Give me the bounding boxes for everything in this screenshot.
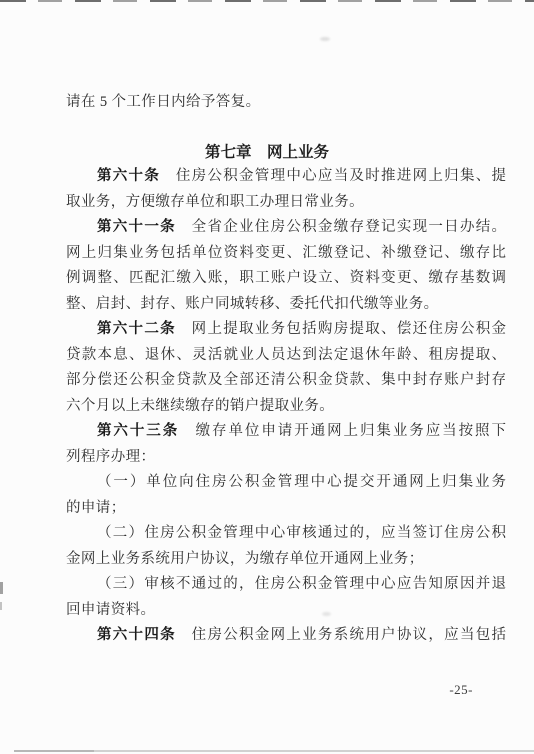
document-line: 回申请资料。 — [66, 598, 506, 624]
scan-smudge — [322, 612, 331, 616]
paragraph-continuation-line: 请在 5 个工作日内给予答复。 — [66, 91, 506, 113]
document-line: 金网上业务系统用户协议，为缴存单位开通网上业务； — [66, 547, 506, 573]
scanned-document-page: 请在 5 个工作日内给予答复。 第七章 网上业务 第六十条 住房公积金管理中心应… — [0, 0, 534, 754]
document-line: 列程序办理： — [66, 445, 506, 471]
line-text: 金网上业务系统用户协议，为缴存单位开通网上业务； — [66, 551, 424, 567]
document-line: 贷款本息、退休、灵活就业人员达到法定退休年龄、租房提取、 — [66, 343, 506, 369]
document-line: 例调整、匹配汇缴入账，职工账户设立、资料变更、缴存基数调 — [66, 266, 506, 292]
scan-smudge — [320, 37, 330, 41]
document-line: 第六十一条 全省企业住房公积金缴存登记实现一日办结。 — [66, 215, 506, 241]
line-text: （二）住房公积金管理中心审核通过的，应当签订住房公积 — [97, 525, 506, 541]
line-text: 住房公积金管理中心应当及时推进网上归集、提 — [160, 168, 506, 184]
line-text: （三）审核不通过的，住房公积金管理中心应告知原因并退 — [97, 576, 506, 592]
document-line: 整、启封、封存、账户同城转移、委托代扣代缴等业务。 — [66, 292, 506, 318]
document-line: 第六十四条 住房公积金网上业务系统用户协议，应当包括 — [66, 623, 506, 649]
line-text: 例调整、匹配汇缴入账，职工账户设立、资料变更、缴存基数调 — [66, 270, 506, 286]
scan-artifact-top-edge — [0, 0, 534, 2]
line-text: 整、启封、封存、账户同城转移、委托代扣代缴等业务。 — [66, 296, 439, 312]
line-text: 全省企业住房公积金缴存登记实现一日办结。 — [176, 219, 506, 235]
line-text: （一）单位向住房公积金管理中心提交开通网上归集业务 — [97, 474, 506, 490]
line-text: 贷款本息、退休、灵活就业人员达到法定退休年龄、租房提取、 — [66, 347, 506, 363]
line-text: 住房公积金网上业务系统用户协议，应当包括 — [176, 627, 506, 643]
page-number: -25- — [0, 682, 473, 698]
line-text: 回申请资料。 — [66, 602, 155, 618]
line-text: 部分偿还公积金贷款及全部还清公积金贷款、集中封存账户封存 — [66, 372, 506, 388]
document-line: 网上归集业务包括单位资料变更、汇缴登记、补缴登记、缴存比 — [66, 241, 506, 267]
line-text: 六个月以上未继续缴存的销户提取业务。 — [66, 398, 334, 414]
line-text: 缴存单位申请开通网上归集业务应当按照下 — [179, 423, 506, 439]
document-line: （二）住房公积金管理中心审核通过的，应当签订住房公积 — [66, 521, 506, 547]
article-number: 第六十条 — [97, 168, 160, 184]
article-number: 第六十四条 — [97, 627, 176, 643]
document-line: 的申请； — [66, 496, 506, 522]
document-line: 第六十二条 网上提取业务包括购房提取、偿还住房公积金 — [66, 317, 506, 343]
line-text: 的申请； — [66, 500, 126, 516]
scan-artifact-left-edge — [0, 602, 2, 610]
line-text: 列程序办理： — [66, 449, 155, 465]
document-line: 第六十三条 缴存单位申请开通网上归集业务应当按照下 — [66, 419, 506, 445]
line-text: 网上归集业务包括单位资料变更、汇缴登记、补缴登记、缴存比 — [66, 245, 506, 261]
document-line: （三）审核不通过的，住房公积金管理中心应告知原因并退 — [66, 572, 506, 598]
document-line: 部分偿还公积金贷款及全部还清公积金贷款、集中封存账户封存 — [66, 368, 506, 394]
article-number: 第六十一条 — [97, 219, 176, 235]
article-number: 第六十二条 — [97, 321, 176, 337]
document-line: 第六十条 住房公积金管理中心应当及时推进网上归集、提 — [66, 164, 506, 190]
document-line: 六个月以上未继续缴存的销户提取业务。 — [66, 394, 506, 420]
line-text: 网上提取业务包括购房提取、偿还住房公积金 — [176, 321, 506, 337]
document-body: 第六十条 住房公积金管理中心应当及时推进网上归集、提取业务，方便缴存单位和职工办… — [66, 164, 506, 664]
scan-artifact-bottom-edge — [14, 750, 534, 752]
document-line: （一）单位向住房公积金管理中心提交开通网上归集业务 — [66, 470, 506, 496]
document-line: 取业务，方便缴存单位和职工办理日常业务。 — [66, 190, 506, 216]
scan-artifact-left-edge — [0, 582, 3, 594]
article-number: 第六十三条 — [97, 423, 179, 439]
line-text: 取业务，方便缴存单位和职工办理日常业务。 — [66, 194, 364, 210]
chapter-heading: 第七章 网上业务 — [0, 142, 534, 164]
